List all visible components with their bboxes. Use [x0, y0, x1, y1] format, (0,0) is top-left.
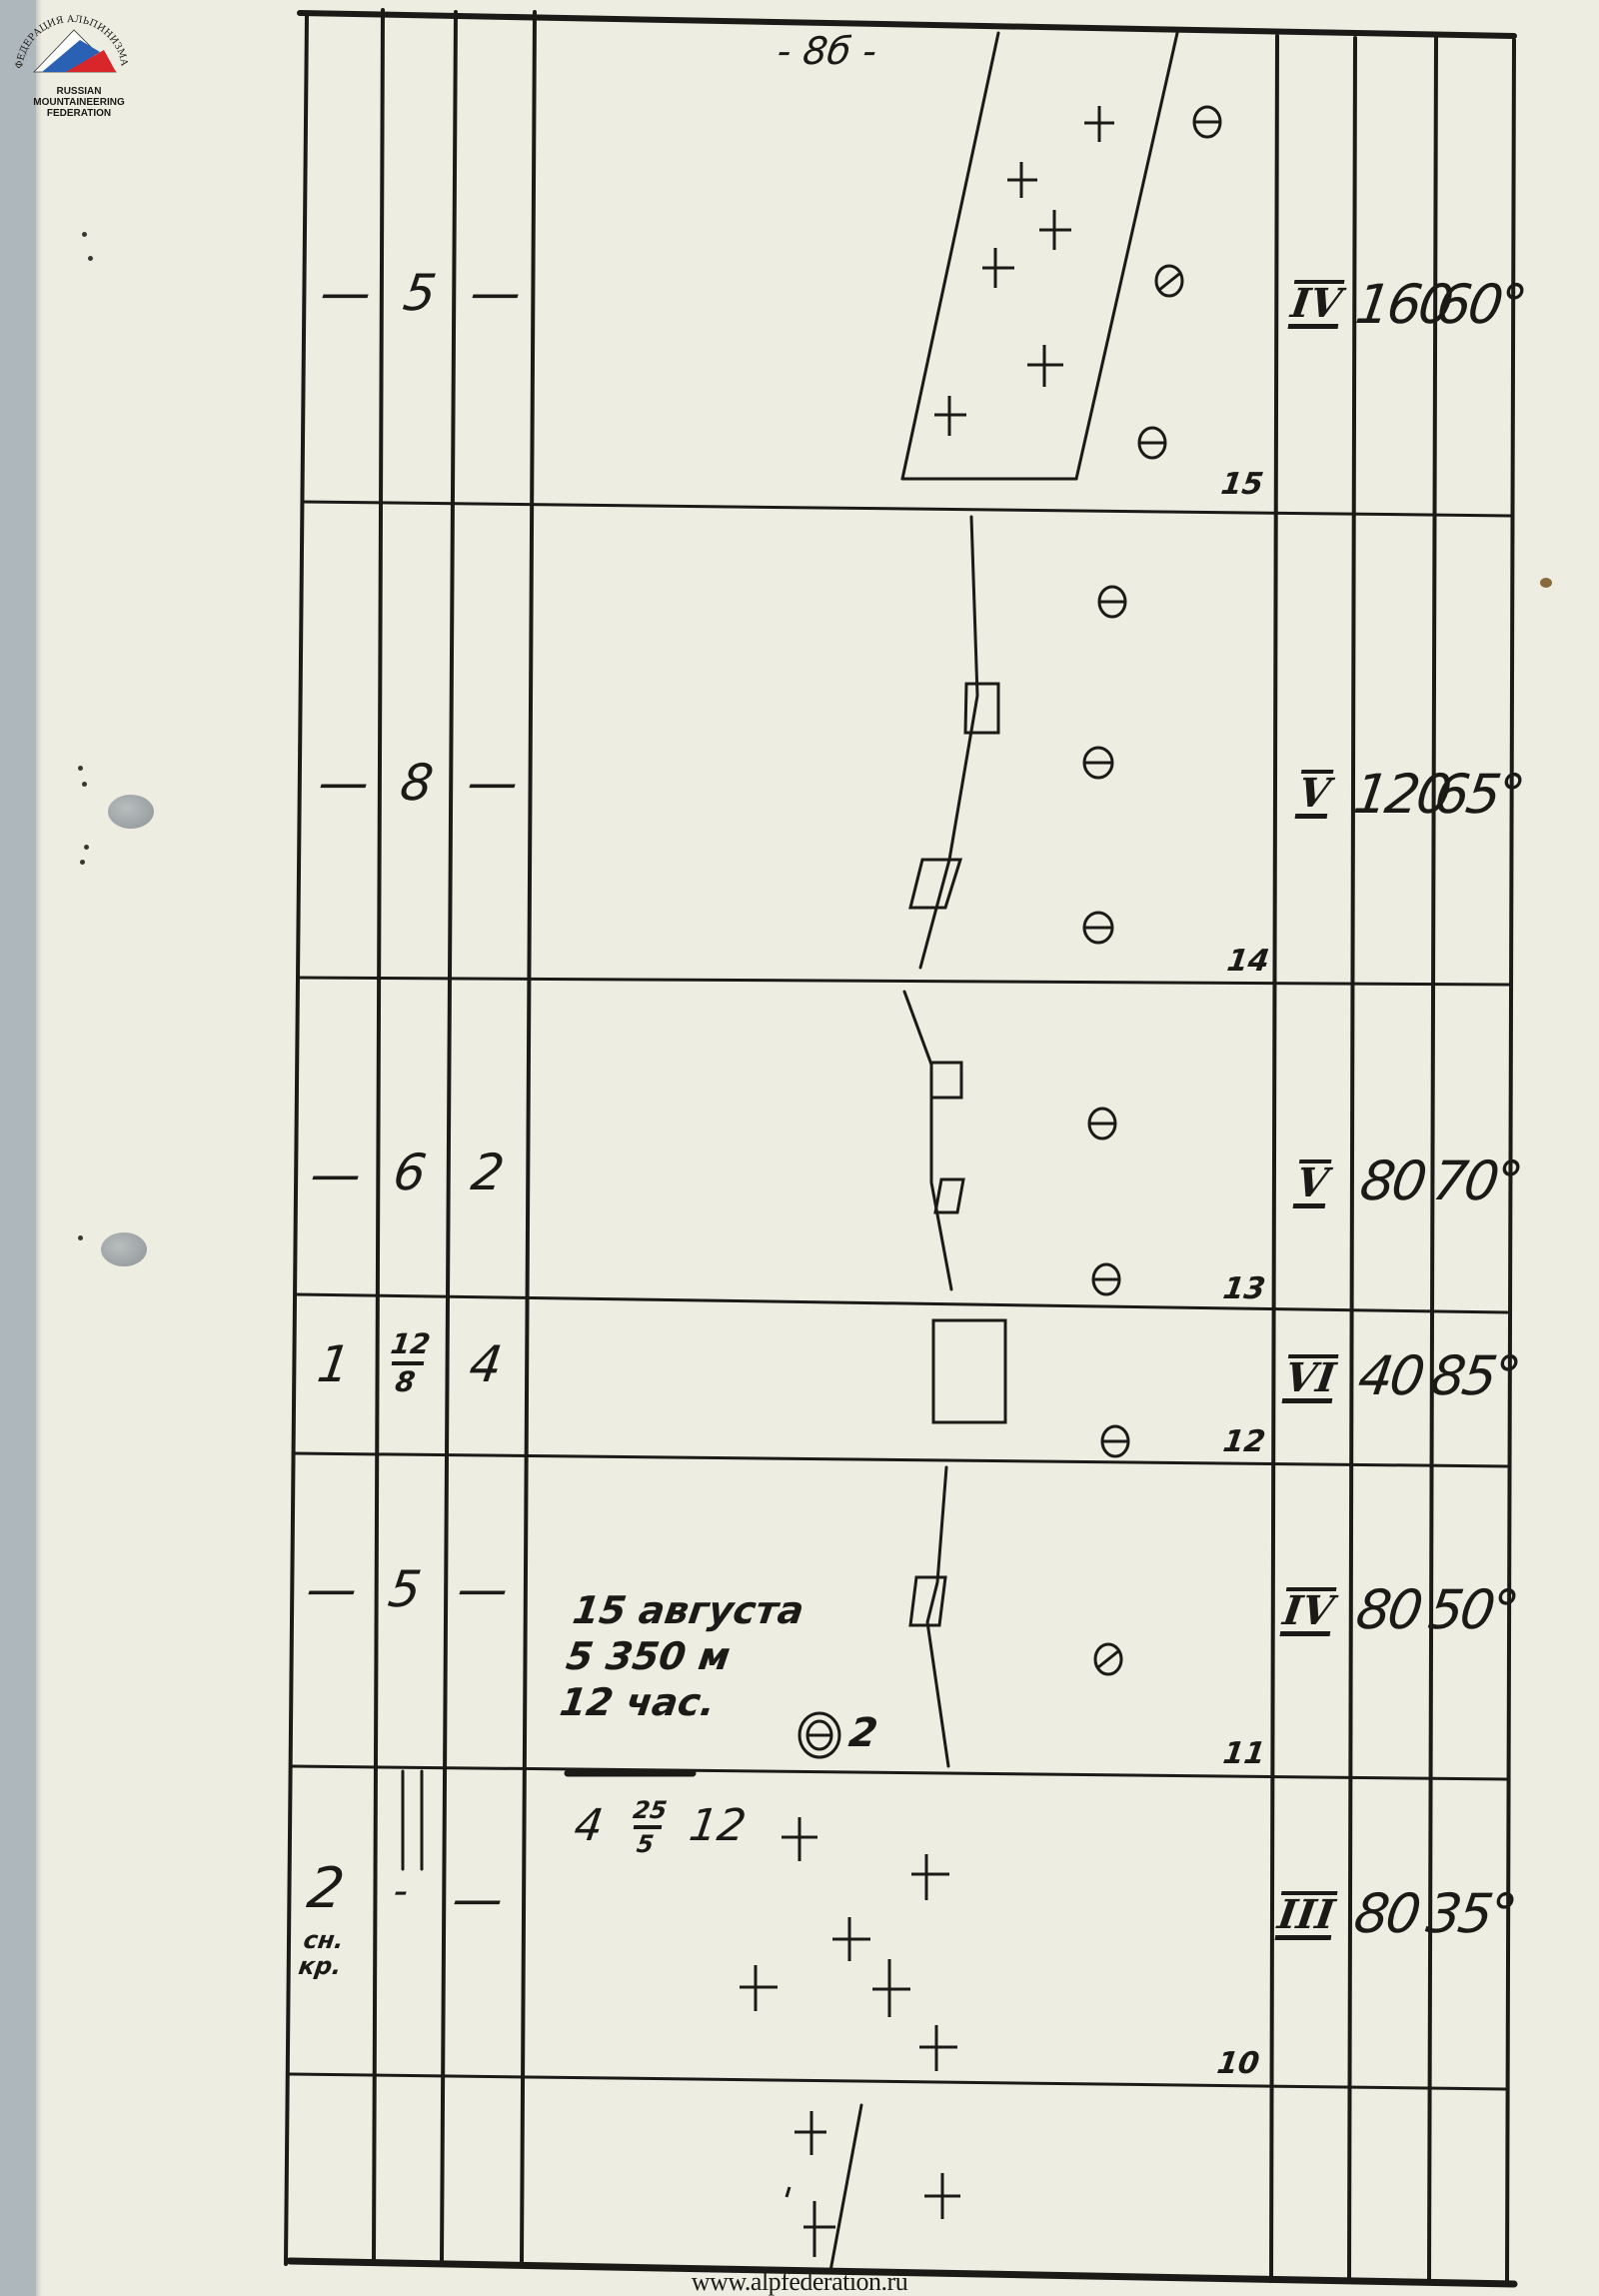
cell-length: 40 [1347, 1349, 1433, 1403]
cell-c2: 5 [366, 1564, 443, 1614]
section-label-12: 12 [1221, 1427, 1267, 1457]
crampons-label: кр. [288, 1953, 352, 1979]
section-label-13: 13 [1221, 1274, 1267, 1304]
fraction-numerator: 12 [389, 1329, 432, 1359]
page-number: - 8б - [775, 32, 879, 70]
cell-category: III [1266, 1891, 1347, 1940]
note-time: 12 час. [557, 1679, 794, 1725]
cell-c2-fraction: 128 [367, 1329, 449, 1397]
cell-steepness: 70° [1429, 1154, 1513, 1208]
bivouac-note: 15 августа 5 350 м 12 час. [557, 1587, 806, 1725]
cell-length: 80 [1349, 1154, 1435, 1208]
rock-marks [799, 107, 1220, 1757]
cell-category: VI [1270, 1354, 1351, 1403]
cell-steepness: 65° [1431, 768, 1515, 822]
cell-steepness: 35° [1423, 1887, 1507, 1941]
ice-marks [740, 106, 1114, 2257]
marker-count: 2 [846, 1713, 879, 1753]
cell-category: IV [1276, 280, 1357, 329]
cell-c3: — [454, 268, 537, 318]
cell-c2: 6 [371, 1148, 448, 1197]
cell-c2: 5 [381, 268, 458, 318]
fraction-denominator: 8 [393, 1367, 417, 1397]
cell-c1: 2 [286, 1861, 366, 1917]
cell-length: 80 [1345, 1583, 1431, 1637]
cell-steepness: 60° [1433, 278, 1517, 332]
cell-category: V [1272, 1159, 1353, 1208]
route-table-grid [0, 0, 1599, 2296]
cell-c3: — [451, 758, 534, 808]
fraction-numerator: 25 [632, 1797, 669, 1823]
bivouac-right: 12 [687, 1804, 749, 1848]
cell-c1: — [292, 1564, 371, 1614]
section-label-11: 11 [1221, 1739, 1267, 1769]
cell-length: 120 [1350, 768, 1436, 822]
section-label-15: 15 [1219, 470, 1265, 500]
cell-c1: 1 [294, 1339, 373, 1389]
section-label-10: 10 [1215, 2049, 1261, 2079]
cell-steepness: 85° [1427, 1349, 1511, 1403]
snow-label: сн. [292, 1927, 356, 1953]
cell-length: 160 [1352, 278, 1438, 332]
cell-c3: — [436, 1874, 519, 1924]
cell-c3: 4 [444, 1339, 527, 1389]
cell-category: IV [1268, 1587, 1349, 1636]
cell-c1-sub: сн. кр. [288, 1927, 355, 1979]
cell-c2: - [363, 1871, 439, 1911]
source-url[interactable]: www.alpfederation.ru [0, 2267, 1599, 2296]
cell-c2: 8 [378, 758, 455, 808]
note-altitude: 5 350 м [564, 1633, 800, 1679]
cell-c3: 2 [446, 1148, 529, 1197]
note-date: 15 августа [570, 1587, 806, 1633]
cell-c3: — [441, 1564, 524, 1614]
cell-category: V [1274, 770, 1355, 819]
cell-c1: — [306, 268, 385, 318]
fraction-denominator: 5 [635, 1831, 655, 1857]
cell-length: 80 [1343, 1887, 1429, 1941]
bivouac-fraction: 255 [622, 1797, 674, 1857]
cell-c1: — [304, 758, 383, 808]
cell-steepness: 50° [1425, 1583, 1509, 1637]
cell-c1: — [296, 1149, 375, 1199]
section-label-14: 14 [1225, 947, 1271, 977]
